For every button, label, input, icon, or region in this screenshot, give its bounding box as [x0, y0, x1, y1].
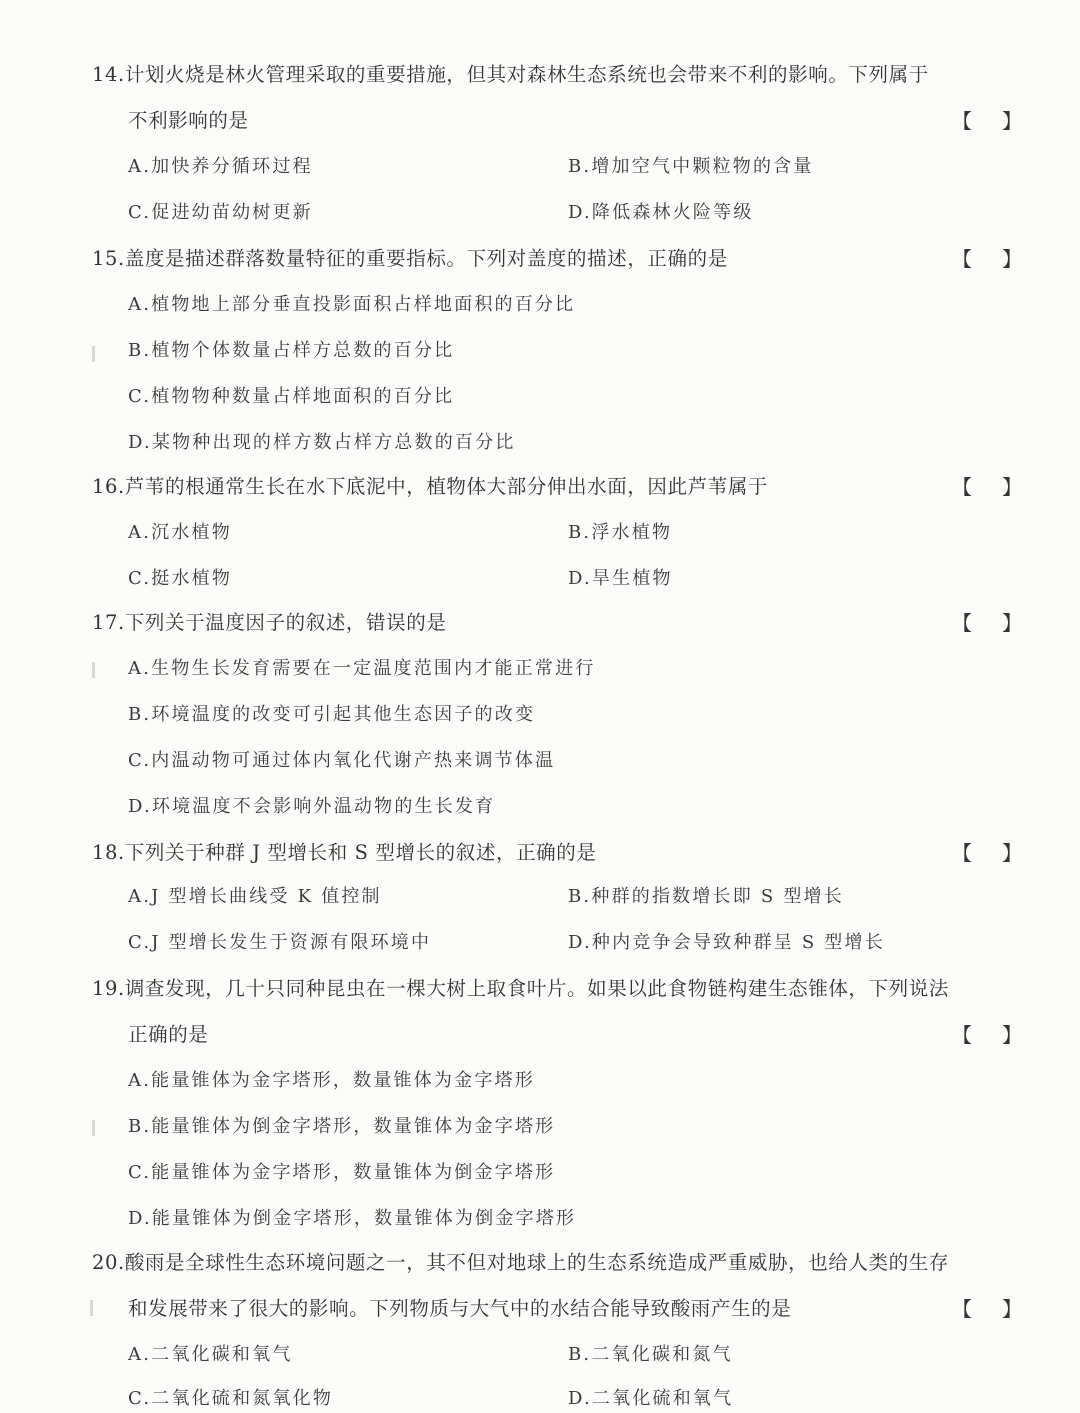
answer-bracket: 【】 [952, 242, 1022, 276]
question-stem: 14.计划火烧是林火管理采取的重要措施，但其对森林生态系统也会带来不利的影响。下… [92, 58, 929, 92]
bracket-open: 【 [952, 606, 972, 640]
option-label: A. [128, 156, 151, 177]
question-number: 19. [92, 977, 125, 1000]
question-stem: 15.盖度是描述群落数量特征的重要指标。下列对盖度的描述，正确的是 [92, 242, 728, 276]
option-label: C. [128, 202, 151, 223]
question-text: 计划火烧是林火管理采取的重要措施，但其对森林生态系统也会带来不利的影响。下列属于 [125, 63, 929, 86]
option-text: 植物物种数量占样地面积的百分比 [151, 386, 454, 407]
option-label: C. [128, 1388, 151, 1409]
bracket-close: 】 [1002, 1292, 1022, 1326]
option-label: B. [568, 886, 591, 907]
answer-bracket: 【】 [952, 1292, 1022, 1326]
option-text: 内温动物可通过体内氧化代谢产热来调节体温 [151, 750, 555, 771]
question-stem: 19.调查发现，几十只同种昆虫在一棵大树上取食叶片。如果以此食物链构建生态锥体，… [92, 972, 949, 1006]
option-text: 能量锥体为倒金字塔形，数量锥体为金字塔形 [151, 1116, 555, 1137]
bracket-close: 】 [1002, 836, 1022, 870]
bracket-open: 【 [952, 836, 972, 870]
option-text: 降低森林火险等级 [592, 202, 754, 223]
option-d: D.环境温度不会影响外温动物的生长发育 [128, 790, 495, 824]
bracket-close: 】 [1002, 242, 1022, 276]
option-c: C.促进幼苗幼树更新 [128, 196, 313, 230]
option-d: D.某物种出现的样方数占样方总数的百分比 [128, 426, 516, 460]
bracket-open: 【 [952, 104, 972, 138]
option-text: 能量锥体为金字塔形，数量锥体为倒金字塔形 [151, 1162, 555, 1183]
option-text: 植物地上部分垂直投影面积占样地面积的百分比 [151, 294, 575, 315]
option-label: A. [128, 294, 151, 315]
option-text: 二氧化硫和氮氧化物 [151, 1388, 333, 1409]
option-b: B.植物个体数量占样方总数的百分比 [128, 334, 454, 368]
option-text: 沉水植物 [151, 522, 232, 543]
question-number: 14. [92, 63, 125, 86]
option-label: D. [128, 796, 152, 817]
option-b: B.增加空气中颗粒物的含量 [568, 150, 814, 184]
answer-bracket: 【】 [952, 606, 1022, 640]
option-text: 植物个体数量占样方总数的百分比 [151, 340, 454, 361]
option-text: 促进幼苗幼树更新 [151, 202, 313, 223]
option-a: A.加快养分循环过程 [128, 150, 313, 184]
bracket-close: 】 [1002, 470, 1022, 504]
option-d: D.旱生植物 [568, 562, 673, 596]
answer-bracket: 【】 [952, 104, 1022, 138]
scan-artifact [90, 1300, 93, 1316]
option-label: A. [128, 886, 151, 907]
option-c: C.挺水植物 [128, 562, 232, 596]
option-label: A. [128, 1070, 151, 1091]
question-text: 酸雨是全球性生态环境问题之一，其不但对地球上的生态系统造成严重威胁，也给人类的生… [125, 1251, 949, 1274]
bracket-open: 【 [952, 242, 972, 276]
option-label: C. [128, 386, 151, 407]
option-text: 浮水植物 [591, 522, 672, 543]
option-label: B. [128, 704, 151, 725]
option-a: A.能量锥体为金字塔形，数量锥体为金字塔形 [128, 1064, 535, 1098]
bracket-close: 】 [1002, 1018, 1022, 1052]
question-stem-continued: 不利影响的是 [128, 104, 249, 138]
option-text: 种内竞争会导致种群呈 S 型增长 [592, 932, 885, 953]
option-d: D.能量锥体为倒金字塔形，数量锥体为倒金字塔形 [128, 1202, 576, 1236]
option-label: D. [568, 202, 592, 223]
option-label: C. [128, 1162, 151, 1183]
option-text: 能量锥体为金字塔形，数量锥体为金字塔形 [151, 1070, 535, 1091]
exam-page: 14.计划火烧是林火管理采取的重要措施，但其对森林生态系统也会带来不利的影响。下… [0, 0, 1080, 1413]
scan-artifact [92, 1120, 95, 1136]
option-text: 加快养分循环过程 [151, 156, 313, 177]
option-label: B. [568, 156, 591, 177]
option-a: A.沉水植物 [128, 516, 232, 550]
bracket-open: 【 [952, 1018, 972, 1052]
option-label: D. [568, 568, 592, 589]
option-a: A.J 型增长曲线受 K 值控制 [128, 880, 382, 914]
question-stem: 20.酸雨是全球性生态环境问题之一，其不但对地球上的生态系统造成严重威胁，也给人… [92, 1246, 949, 1280]
option-c: C.J 型增长发生于资源有限环境中 [128, 926, 431, 960]
option-b: B.浮水植物 [568, 516, 672, 550]
question-number: 20. [92, 1251, 125, 1274]
option-label: B. [568, 522, 591, 543]
option-label: A. [128, 522, 151, 543]
option-label: D. [128, 432, 152, 453]
answer-bracket: 【】 [952, 836, 1022, 870]
question-text: 调查发现，几十只同种昆虫在一棵大树上取食叶片。如果以此食物链构建生态锥体，下列说… [125, 977, 949, 1000]
question-text: 下列关于温度因子的叙述，错误的是 [125, 611, 447, 634]
scan-artifact [92, 662, 95, 678]
option-a: A.植物地上部分垂直投影面积占样地面积的百分比 [128, 288, 575, 322]
question-number: 18. [92, 841, 125, 864]
question-number: 17. [92, 611, 125, 634]
question-text: 盖度是描述群落数量特征的重要指标。下列对盖度的描述，正确的是 [125, 247, 728, 270]
scan-artifact [92, 346, 95, 362]
option-text: 某物种出现的样方数占样方总数的百分比 [152, 432, 516, 453]
option-text: J 型增长曲线受 K 值控制 [151, 886, 382, 907]
option-b: B.二氧化碳和氮气 [568, 1338, 733, 1372]
bracket-open: 【 [952, 470, 972, 504]
option-text: 旱生植物 [592, 568, 673, 589]
option-label: A. [128, 1344, 151, 1365]
option-text: 环境温度不会影响外温动物的生长发育 [152, 796, 495, 817]
option-b: B.环境温度的改变可引起其他生态因子的改变 [128, 698, 535, 732]
option-c: C.植物物种数量占样地面积的百分比 [128, 380, 454, 414]
question-stem: 17.下列关于温度因子的叙述，错误的是 [92, 606, 446, 640]
question-number: 16. [92, 475, 125, 498]
bracket-close: 】 [1002, 606, 1022, 640]
option-text: 挺水植物 [151, 568, 232, 589]
question-number: 15. [92, 247, 125, 270]
option-text: 种群的指数增长即 S 型增长 [591, 886, 844, 907]
option-label: C. [128, 750, 151, 771]
option-text: J 型增长发生于资源有限环境中 [151, 932, 431, 953]
option-d: D.二氧化硫和氧气 [568, 1382, 733, 1413]
option-text: 二氧化硫和氧气 [592, 1388, 733, 1409]
option-label: B. [128, 340, 151, 361]
option-label: D. [128, 1208, 152, 1229]
option-b: B.能量锥体为倒金字塔形，数量锥体为金字塔形 [128, 1110, 555, 1144]
option-label: C. [128, 568, 151, 589]
option-d: D.降低森林火险等级 [568, 196, 754, 230]
question-stem: 18.下列关于种群 J 型增长和 S 型增长的叙述，正确的是 [92, 836, 596, 870]
answer-bracket: 【】 [952, 470, 1022, 504]
question-stem-continued: 正确的是 [128, 1018, 208, 1052]
option-d: D.种内竞争会导致种群呈 S 型增长 [568, 926, 885, 960]
question-stem: 16.芦苇的根通常生长在水下底泥中，植物体大部分伸出水面，因此芦苇属于 [92, 470, 768, 504]
option-label: D. [568, 932, 592, 953]
question-text: 下列关于种群 J 型增长和 S 型增长的叙述，正确的是 [125, 841, 597, 864]
option-label: B. [128, 1116, 151, 1137]
option-text: 生物生长发育需要在一定温度范围内才能正常进行 [151, 658, 595, 679]
option-label: A. [128, 658, 151, 679]
question-stem-continued: 和发展带来了很大的影响。下列物质与大气中的水结合能导致酸雨产生的是 [128, 1292, 791, 1326]
option-label: D. [568, 1388, 592, 1409]
bracket-open: 【 [952, 1292, 972, 1326]
answer-bracket: 【】 [952, 1018, 1022, 1052]
option-text: 二氧化碳和氮气 [591, 1344, 732, 1365]
option-b: B.种群的指数增长即 S 型增长 [568, 880, 844, 914]
option-text: 增加空气中颗粒物的含量 [591, 156, 813, 177]
question-text: 芦苇的根通常生长在水下底泥中，植物体大部分伸出水面，因此芦苇属于 [125, 475, 768, 498]
option-text: 能量锥体为倒金字塔形，数量锥体为倒金字塔形 [152, 1208, 576, 1229]
option-text: 二氧化碳和氧气 [151, 1344, 292, 1365]
option-label: B. [568, 1344, 591, 1365]
option-a: A.二氧化碳和氧气 [128, 1338, 293, 1372]
option-a: A.生物生长发育需要在一定温度范围内才能正常进行 [128, 652, 596, 686]
option-c: C.能量锥体为金字塔形，数量锥体为倒金字塔形 [128, 1156, 555, 1190]
bracket-close: 】 [1002, 104, 1022, 138]
option-label: C. [128, 932, 151, 953]
option-text: 环境温度的改变可引起其他生态因子的改变 [151, 704, 535, 725]
option-c: C.内温动物可通过体内氧化代谢产热来调节体温 [128, 744, 555, 778]
option-c: C.二氧化硫和氮氧化物 [128, 1382, 333, 1413]
